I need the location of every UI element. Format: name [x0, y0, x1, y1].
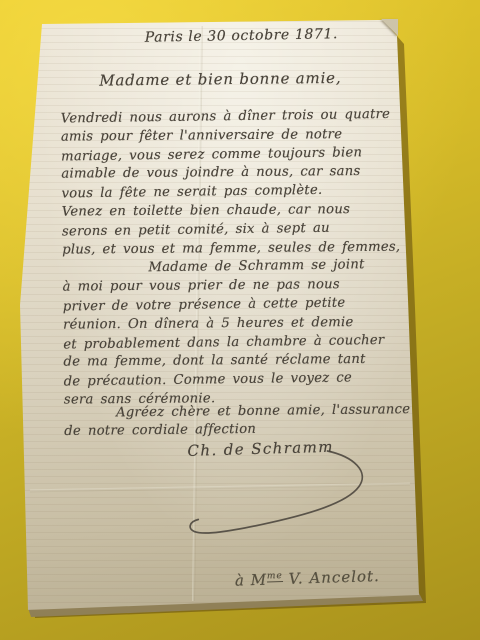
- letter-content: Paris le 30 octobre 1871. Madame et bien…: [0, 0, 480, 640]
- closing-line: de notre cordiale affection: [64, 419, 410, 441]
- letter-closing: Agréez chère et bonne amie, l'assurance …: [64, 401, 411, 441]
- photo-of-letter: { "photo": { "background_color": "#c9ae2…: [0, 0, 480, 640]
- signature-paraph-flourish: [141, 444, 432, 547]
- salutation-line: Madame et bien bonne amie,: [99, 69, 341, 90]
- address-name: V. Ancelot.: [288, 567, 380, 588]
- address-prefix: à M: [235, 571, 268, 590]
- date-line: Paris le 30 octobre 1871.: [145, 26, 338, 46]
- address-superscript: me: [267, 571, 283, 583]
- letter-body: Vendredi nous aurons à dîner trois ou qu…: [61, 106, 403, 411]
- address-line: à Mme V. Ancelot.: [235, 567, 380, 590]
